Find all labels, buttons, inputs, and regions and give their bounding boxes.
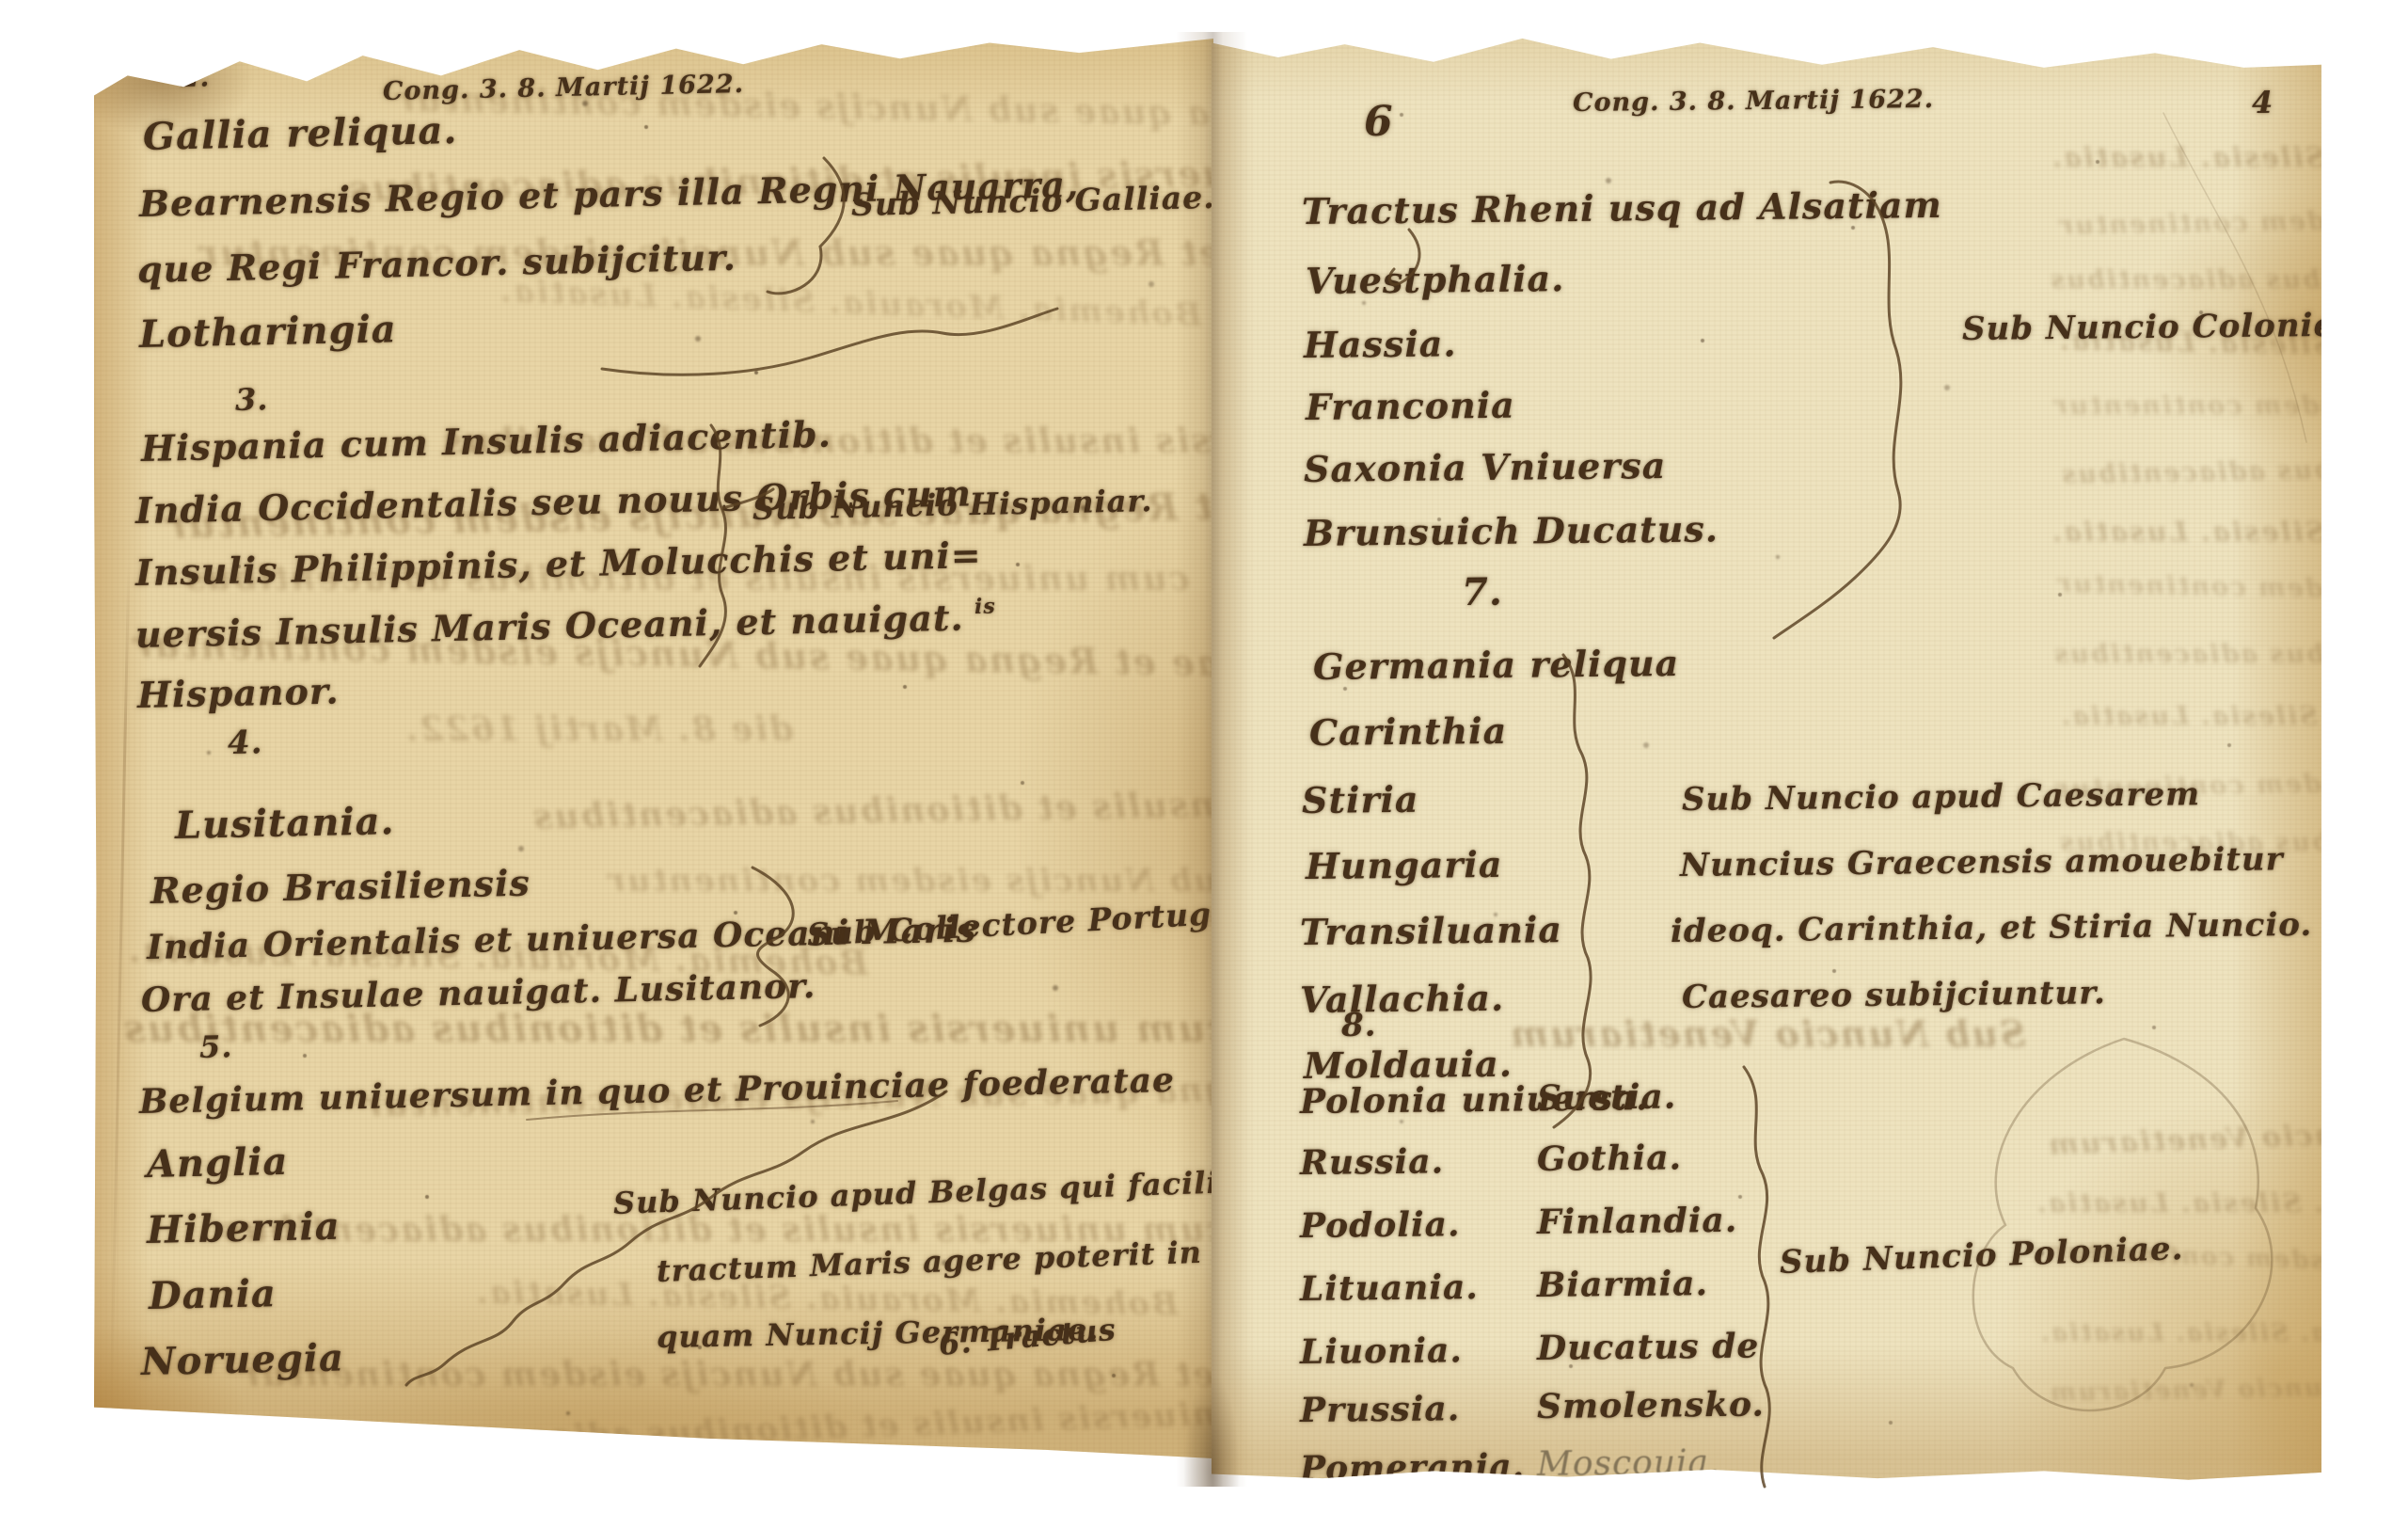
region-line: Smolensko. <box>1537 1384 1765 1426</box>
nuncio-annotation: Sub Nuncio apud Caesarem <box>1682 775 2200 819</box>
region-line: Ducatus de <box>1537 1327 1760 1368</box>
section-number: 7. <box>1462 570 1503 614</box>
section-number: 8. <box>1341 1007 1377 1044</box>
header-date: Cong. 3. 8. Martij 1622. <box>1573 85 1934 118</box>
nuncio-annotation: ideoq. Carinthia, et Stiria Nuncio. <box>1671 906 2313 950</box>
bleedthrough-ghost: Sub Nuncio Venetiarum <box>2047 1114 2408 1161</box>
region-line: Liuonia. <box>1300 1330 1463 1372</box>
bleedthrough-ghost: Bohemia. Morauia. Silesia. Lusatia. <box>2051 516 2408 548</box>
region-line: Podolia. <box>1300 1204 1461 1246</box>
region-line: Gallia reliqua. <box>143 108 458 159</box>
bleedthrough-ghost: Bohemia. Morauia. Silesia. Lusatia. <box>499 272 1203 334</box>
region-line: Lusitania. <box>175 799 395 848</box>
page-number: 4 <box>2252 85 2274 120</box>
manuscript-scan: Prouinciae et Regna quae sub Nuncijs eis… <box>0 0 2408 1513</box>
region-line: Anglia <box>147 1139 289 1187</box>
nuncio-annotation: Nuncius Graecensis amouebitur <box>1680 840 2284 884</box>
region-line: Dania <box>149 1271 277 1318</box>
region-line: Finlandia. <box>1537 1201 1738 1242</box>
binding-gutter-shadow <box>1176 32 1247 1487</box>
bleedthrough-ghost: Prouinciae et Regna quae sub Nuncijs eis… <box>2052 391 2408 421</box>
fold-crease <box>110 563 131 1409</box>
region-line: Vuestphalia. <box>1306 257 1565 302</box>
bleedthrough-ghost: Prouinciae et Regna quae sub Nuncijs eis… <box>2056 569 2408 614</box>
nuncio-annotation: Sub Nuncio Galliae. <box>851 179 1215 223</box>
nuncio-annotation: Sub Nuncio Poloniae. <box>1779 1230 2184 1282</box>
region-line: Vallachia. <box>1300 977 1505 1021</box>
bleedthrough-ghost: Sub Nuncio Venetiarum <box>1509 1012 2025 1055</box>
ink-specks <box>94 36 98 40</box>
region-line: Hibernia <box>147 1204 341 1252</box>
region-line: Hungaria <box>1306 843 1503 887</box>
region-line: Saxonia Vniuersa <box>1304 444 1667 490</box>
right-page: Bohemia. Morauia. Silesia. Lusatia. Prou… <box>1212 28 2321 1489</box>
region-line: Pomerania. <box>1300 1446 1526 1489</box>
bleedthrough-ghost: Bohemia. Morauia. Silesia. Lusatia. <box>2060 702 2408 731</box>
section-number: 2. <box>181 61 211 93</box>
bleedthrough-ghost: cum uniuersis insulis et ditionibus adia… <box>2049 265 2408 295</box>
region-line: Lituania. <box>1300 1267 1479 1309</box>
superscript-abbreviation: is <box>974 595 996 619</box>
bleedthrough-ghost: Sub Nuncio Venetiarum <box>2049 1373 2408 1408</box>
region-line: Transiluania <box>1300 908 1562 953</box>
bleedthrough-ghost: Bohemia. Morauia. Silesia. Lusatia. <box>2039 1319 2408 1347</box>
region-line: Franconia <box>1306 384 1515 428</box>
region-line: Lotharingia <box>139 307 398 357</box>
region-line: Noruegia <box>141 1335 345 1384</box>
region-line: Biarmia. <box>1537 1264 1708 1305</box>
region-line: Regio Brasiliensis <box>150 862 531 912</box>
section-number: 5. <box>199 1028 233 1065</box>
section-number: 6 <box>1364 98 1394 146</box>
left-page: Prouinciae et Regna quae sub Nuncijs eis… <box>94 36 1213 1458</box>
bleedthrough-ghost: Prouinciae et Regna quae sub Nuncijs eis… <box>2058 195 2408 240</box>
region-line: Suetia. <box>1537 1076 1677 1118</box>
bleedthrough-ghost: Bohemia. Morauia. Silesia. Lusatia. <box>2051 141 2408 173</box>
region-line: Germania reliqua <box>1313 642 1680 688</box>
nuncio-annotation: Sub Nuncio Coloniensi. <box>1962 306 2403 348</box>
region-line: Brunsuich Ducatus. <box>1304 507 1719 554</box>
nuncio-annotation: Caesareo subijciuntur. <box>1682 974 2106 1016</box>
bleedthrough-ghost: cum uniuersis insulis et ditionibus adia… <box>2052 640 2408 669</box>
region-line: Hassia. <box>1304 322 1457 366</box>
section-number: 3. <box>235 381 269 418</box>
bleedthrough-ghost: Bohemia. Morauia. Silesia. Lusatia. <box>2036 1187 2408 1218</box>
region-line: Hispanor. <box>137 670 341 716</box>
region-line: Stiria <box>1302 778 1419 821</box>
region-line: Carinthia <box>1309 709 1508 754</box>
region-line: Russia. <box>1300 1141 1445 1183</box>
region-line: Moscouia. <box>1537 1443 1721 1484</box>
region-line: Gothia. <box>1537 1138 1683 1179</box>
bleedthrough-ghost: cum uniuersis insulis et ditionibus adia… <box>2060 447 2408 489</box>
region-line: Prussia. <box>1300 1389 1461 1430</box>
region-line: Tractus Rheni usq ad Alsatiam <box>1302 183 1942 232</box>
bleedthrough-ghost: die 8. Martij 1622. <box>404 709 793 749</box>
section-number: 4. <box>228 724 263 762</box>
